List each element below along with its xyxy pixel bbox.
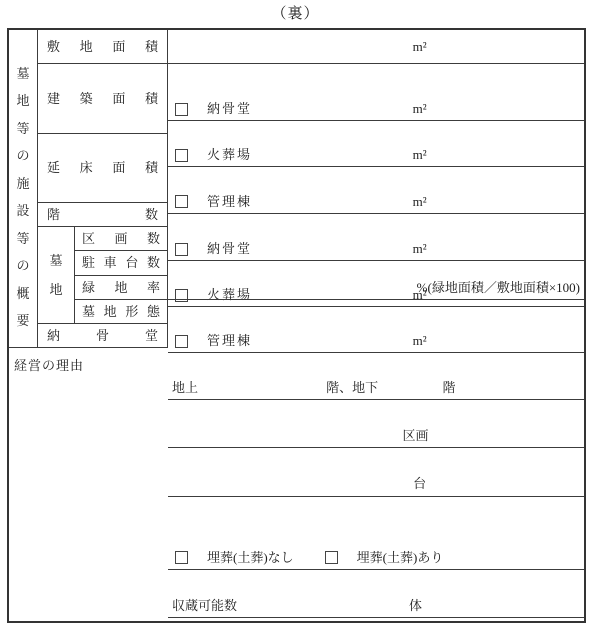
section-header-char: 要: [16, 313, 29, 329]
plots-label: 区 画 数: [75, 227, 168, 251]
building-crematory-label: 火葬場: [207, 147, 252, 163]
page-side-title: （裏）: [0, 2, 591, 23]
management-reason-section: 経営の理由: [9, 348, 584, 621]
floor-admin-label: 管理棟: [207, 333, 252, 349]
section-header-char: 墓: [16, 66, 29, 82]
section-header-char: 等: [16, 121, 29, 137]
section-header-char: 概: [16, 286, 29, 302]
building-admin-label: 管理棟: [207, 194, 252, 210]
building-area-label: 建 築 面 積: [38, 64, 168, 134]
section-header-char: 等: [16, 231, 29, 247]
green-ratio-label: 緑 地 率: [75, 276, 168, 300]
floor-ossuary-label: 納骨堂: [207, 241, 252, 257]
cemetery-char: 墓: [49, 253, 62, 269]
cemetery-form-label: 墓 地 形 態: [75, 300, 168, 324]
site-area-unit: m²: [413, 39, 427, 55]
parking-label: 駐 車 台 数: [75, 251, 168, 276]
building-ossuary-unit: m²: [413, 101, 427, 117]
cemetery-char: 地: [49, 282, 62, 298]
floor-area-label: 延 床 面 積: [38, 134, 168, 203]
floors-label: 階 数: [38, 203, 168, 227]
building-area-row-ossuary[interactable]: 納骨堂 m²: [168, 98, 584, 121]
green-ratio-value-cell[interactable]: %(緑地面積／敷地面積×100): [168, 276, 584, 300]
facilities-overview-table: 墓 地 等 の 施 設 等 の 概 要 敷 地 面 積 m² 建 築 面 積 納…: [7, 28, 586, 623]
building-admin-unit: m²: [413, 194, 427, 210]
section-header-char: 施: [16, 176, 29, 192]
cemetery-group-label: 墓 地: [38, 227, 75, 324]
floor-area-row-ossuary[interactable]: 納骨堂 m²: [168, 238, 584, 261]
green-ratio-unit: %(緑地面積／敷地面積×100): [417, 280, 580, 296]
floor-admin-unit: m²: [413, 333, 427, 349]
checkbox-building-admin[interactable]: [175, 195, 188, 208]
section-header-char: 地: [16, 93, 29, 109]
checkbox-building-crematory[interactable]: [175, 149, 188, 162]
site-area-label: 敷 地 面 積: [38, 30, 168, 64]
building-crematory-unit: m²: [413, 147, 427, 163]
checkbox-building-ossuary[interactable]: [175, 103, 188, 116]
building-ossuary-label: 納骨堂: [207, 101, 252, 117]
section-header-char: の: [16, 258, 29, 274]
section-header-vertical: 墓 地 等 の 施 設 等 の 概 要: [9, 30, 38, 348]
ossuary-label: 納 骨 堂: [38, 324, 168, 348]
building-area-row-admin[interactable]: 管理棟 m²: [168, 190, 584, 214]
building-area-row-crematory[interactable]: 火葬場 m²: [168, 144, 584, 167]
management-reason-input-area[interactable]: [9, 378, 584, 621]
section-header-char: の: [16, 148, 29, 164]
form-back-page: （裏） 墓 地 等 の 施 設 等 の 概 要 敷 地 面 積 m² 建 築 面…: [0, 0, 591, 630]
site-area-value-cell[interactable]: m²: [168, 30, 584, 64]
checkbox-floor-admin[interactable]: [175, 335, 188, 348]
section-header-char: 設: [16, 203, 29, 219]
floor-ossuary-unit: m²: [413, 241, 427, 257]
checkbox-floor-ossuary[interactable]: [175, 243, 188, 256]
management-reason-label: 経営の理由: [9, 348, 584, 374]
